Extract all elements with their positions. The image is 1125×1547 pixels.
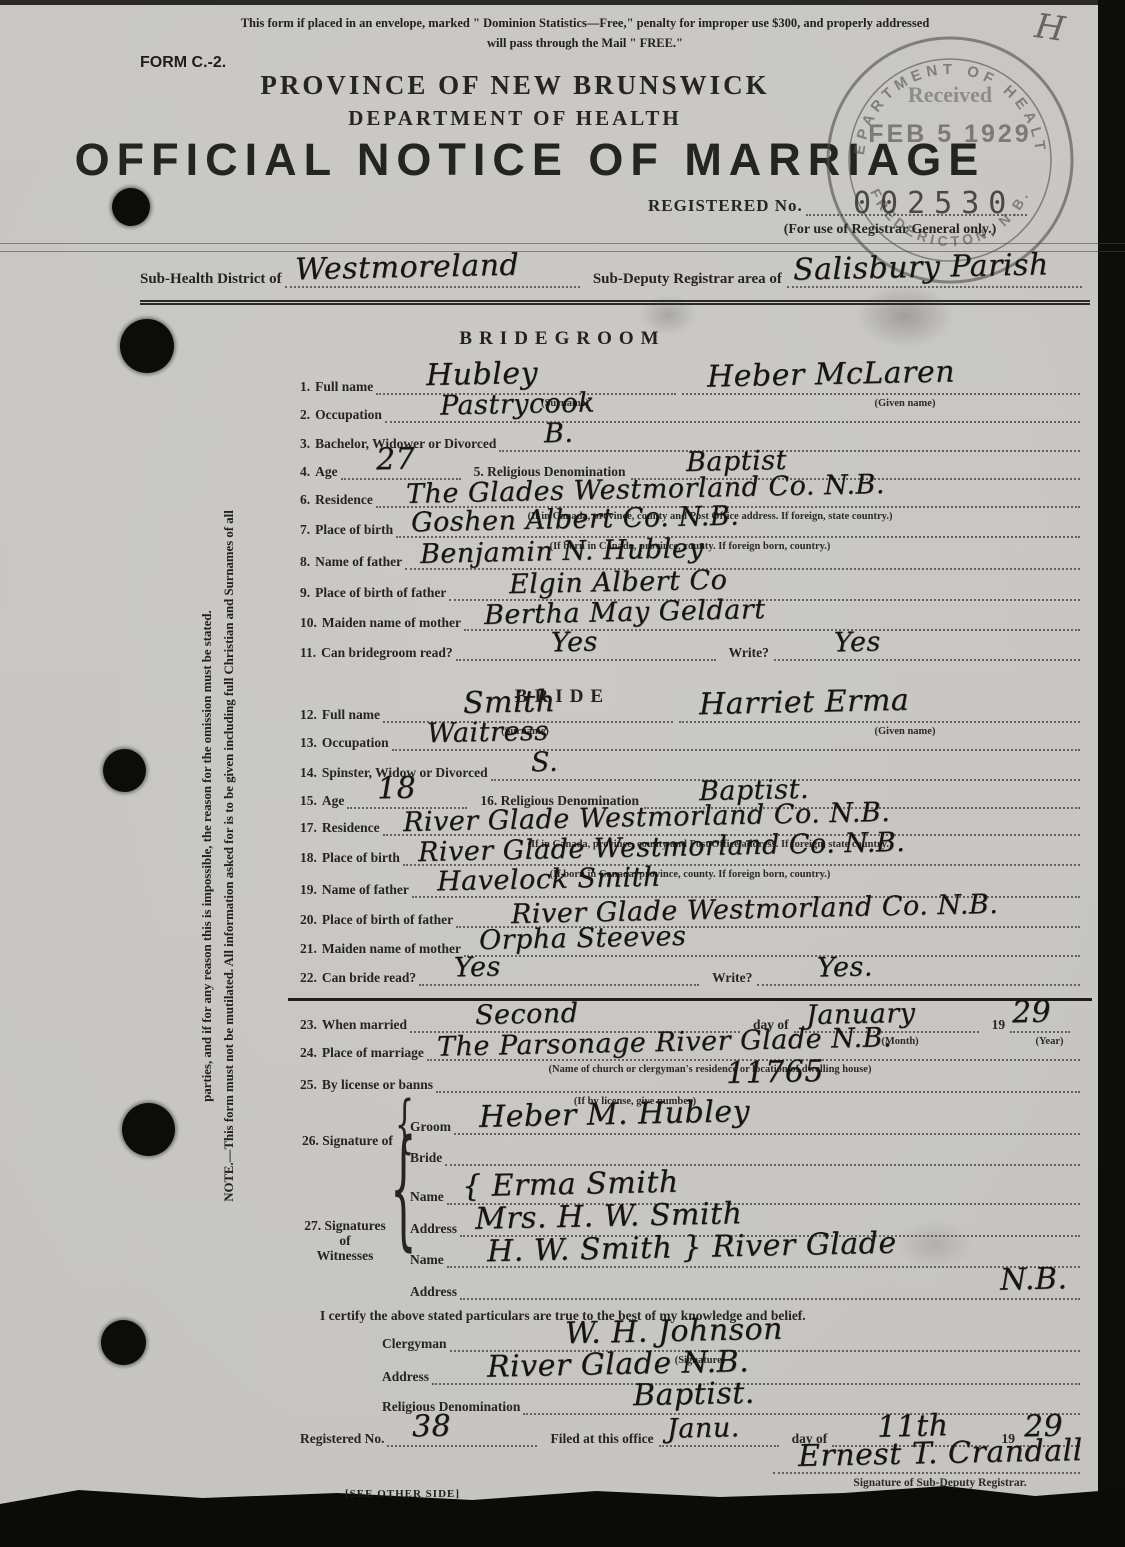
- field-number: 20.: [300, 912, 317, 928]
- section-divider: [288, 998, 1092, 1001]
- stamp-received-text: Received: [908, 82, 992, 107]
- stamp-arc-top: DEPARTMENT OF HEALTH: [851, 61, 1049, 164]
- field-number: 18.: [300, 850, 317, 866]
- bride-occupation-line: Waitress: [392, 746, 1080, 751]
- field-number: 12.: [300, 707, 317, 723]
- year-value: 29: [1012, 995, 1052, 1031]
- groom-write-label: Write?: [729, 645, 769, 661]
- groom-age-label: Age: [315, 464, 338, 480]
- groom-surname-value: Hubley: [426, 356, 539, 393]
- field-number: 2.: [300, 407, 310, 423]
- witness-name1-label: Name: [410, 1189, 444, 1205]
- field-number: 15.: [300, 793, 317, 809]
- filed-at-office-label: Filed at this office: [550, 1431, 653, 1447]
- groom-residence-label: Residence: [315, 492, 373, 508]
- witness-address2-value: N.B.: [1000, 1261, 1068, 1297]
- witness-address2-label: Address: [410, 1284, 457, 1300]
- bride-age-label: Age: [322, 793, 345, 809]
- witness-address2-line: N.B.: [460, 1295, 1080, 1300]
- license-line: 11765: [436, 1088, 1080, 1093]
- sub-health-district-label: Sub-Health District of: [140, 271, 282, 288]
- groom-can-read-label: Can bridegroom read?: [321, 645, 453, 661]
- punch-hole: [103, 749, 146, 792]
- filing-registered-label: Registered No.: [300, 1431, 384, 1447]
- hairline: [0, 243, 1125, 244]
- punch-hole: [122, 1103, 175, 1156]
- registered-no-label: REGISTERED No.: [648, 196, 803, 216]
- field-number: 9.: [300, 585, 310, 601]
- field-number: 24.: [300, 1045, 317, 1061]
- bride-status-value: S.: [530, 747, 558, 779]
- groom-mother-label: Maiden name of mother: [322, 615, 461, 631]
- scanned-marriage-form: parties, and if for any reason this is i…: [0, 0, 1125, 1547]
- groom-read-value: Yes: [550, 627, 597, 659]
- registrar-signature-value: Ernest T. Crandall: [798, 1433, 1083, 1474]
- cert-religion-label: Religious Denomination: [382, 1399, 520, 1415]
- scan-edge-right: [1098, 0, 1125, 1547]
- margin-note-line2: parties, and if for any reason this is i…: [196, 300, 218, 1412]
- section-divider: [140, 300, 1090, 302]
- bride-given-value: Harriet Erma: [699, 683, 910, 722]
- svg-text:DEPARTMENT OF HEALTH: DEPARTMENT OF HEALTH: [851, 61, 1049, 164]
- groom-occupation-value: Pastrycook: [440, 387, 596, 421]
- year-prefix: 19: [992, 1017, 1006, 1033]
- filed-value: Janu.: [666, 1412, 739, 1445]
- groom-full-name-label: Full name: [315, 379, 373, 395]
- margin-note-line1: NOTE.—This form must not be mutilated. A…: [218, 300, 240, 1412]
- bride-mother-line: Orpha Steeves: [464, 952, 1080, 957]
- groom-mother-value: Bertha May Geldart: [484, 594, 766, 631]
- clergyman-label: Clergyman: [382, 1336, 447, 1352]
- witnesses-label: 27. Signatures of Witnesses: [302, 1218, 388, 1263]
- bride-mother-label: Maiden name of mother: [322, 941, 461, 957]
- punch-hole: [101, 1320, 146, 1365]
- sub-deputy-area-line: Salisbury Parish: [787, 283, 1082, 288]
- bride-father-birthplace-label: Place of birth of father: [322, 912, 453, 928]
- bride-mother-value: Orpha Steeves: [479, 921, 687, 956]
- signature-of-label: 26. Signature of: [302, 1133, 393, 1149]
- clergyman-address-line: River Glade N.B.: [432, 1380, 1080, 1385]
- groom-write-value: Yes: [834, 627, 881, 659]
- field-number: 17.: [300, 820, 317, 836]
- groom-father-birthplace-label: Place of birth of father: [315, 585, 446, 601]
- sub-deputy-area-label: Sub-Deputy Registrar area of: [593, 271, 782, 288]
- scan-edge-bottom: [0, 1482, 1125, 1547]
- bride-residence-label: Residence: [322, 820, 380, 836]
- groom-occupation-label: Occupation: [315, 407, 382, 423]
- bride-write-label: Write?: [712, 970, 752, 986]
- field-number: 19.: [300, 882, 317, 898]
- sub-deputy-area-value: Salisbury Parish: [793, 247, 1049, 287]
- field-number: 14.: [300, 765, 317, 781]
- year-line: 29: [1010, 1028, 1070, 1033]
- sub-health-district-line: Westmoreland: [285, 283, 580, 288]
- when-married-day-value: Second: [475, 998, 579, 1031]
- field-number: 3.: [300, 436, 310, 452]
- witness-name2-line: H. W. Smith } River Glade: [447, 1263, 1080, 1268]
- stamp-date: FEB 5 1929: [868, 120, 1031, 148]
- field-number: 1.: [300, 379, 310, 395]
- groom-write-line: Yes: [774, 656, 1080, 661]
- field-number: 8.: [300, 554, 310, 570]
- bride-full-name-label: Full name: [322, 707, 380, 723]
- bride-occupation-label: Occupation: [322, 735, 389, 751]
- scan-edge-top: [0, 0, 1125, 5]
- bride-birthplace-label: Place of birth: [322, 850, 400, 866]
- field-number: 7.: [300, 522, 310, 538]
- license-or-banns-label: By license or banns: [322, 1077, 433, 1093]
- field-number: 11.: [300, 645, 316, 661]
- registrar-general-note: (For use of Registrar General only.): [740, 222, 1040, 238]
- license-number-value: 11765: [726, 1054, 825, 1091]
- bride-age-value: 18: [377, 771, 417, 807]
- groom-birthplace-label: Place of birth: [315, 522, 393, 538]
- groom-given-line: Heber McLaren: [682, 390, 1080, 395]
- field-number: 13.: [300, 735, 317, 751]
- groom-read-line: Yes: [456, 656, 716, 661]
- field-number: 21.: [300, 941, 317, 957]
- groom-father-line: Benjamin N. Hubley: [405, 565, 1080, 570]
- groom-status-line: B.: [499, 447, 1080, 452]
- place-of-marriage-label: Place of marriage: [322, 1045, 424, 1061]
- registrar-signature-caption: Signature of Sub-Deputy Registrar.: [790, 1477, 1090, 1489]
- field-number: 23.: [300, 1017, 317, 1033]
- filed-line: Janu.: [659, 1442, 779, 1447]
- bridegroom-heading: BRIDEGROOM: [0, 328, 1125, 350]
- sub-health-district-value: Westmoreland: [294, 248, 519, 288]
- witness-name2-label: Name: [410, 1252, 444, 1268]
- margin-note: parties, and if for any reason this is i…: [196, 300, 242, 1412]
- field-number: 6.: [300, 492, 310, 508]
- clergyman-address-label: Address: [382, 1369, 429, 1385]
- groom-father-value: Benjamin N. Hubley: [420, 533, 705, 570]
- groom-occupation-line: Pastrycook: [385, 418, 1080, 423]
- witness-name2-value: H. W. Smith } River Glade: [486, 1226, 896, 1270]
- registered-no-value: 002530: [853, 186, 1015, 221]
- bride-can-read-label: Can bride read?: [322, 970, 416, 986]
- filing-registered-value: 38: [412, 1409, 452, 1445]
- punch-hole: [112, 188, 150, 226]
- bride-father-value: Havelock Smith: [437, 862, 661, 898]
- cert-religion-value: Baptist.: [633, 1376, 755, 1414]
- bride-read-value: Yes: [454, 952, 501, 984]
- field-number: 10.: [300, 615, 317, 631]
- groom-given-value: Heber McLaren: [707, 354, 956, 394]
- groom-signature-line: Heber M. Hubley: [454, 1130, 1080, 1135]
- witness-address1-label: Address: [410, 1221, 457, 1237]
- bride-occupation-value: Waitress: [426, 716, 548, 750]
- bride-father-label: Name of father: [322, 882, 409, 898]
- groom-status-value: B.: [544, 418, 574, 450]
- bride-given-line: Harriet Erma: [679, 718, 1080, 723]
- bride-read-line: Yes: [419, 981, 699, 986]
- see-other-side: [SEE OTHER SIDE]: [345, 1488, 460, 1500]
- bride-write-line: Yes.: [757, 981, 1080, 986]
- field-number: 25.: [300, 1077, 317, 1093]
- groom-signature-value: Heber M. Hubley: [479, 1094, 751, 1135]
- groom-age-value: 27: [375, 442, 415, 478]
- bride-write-value: Yes.: [817, 951, 874, 983]
- field-number: 4.: [300, 464, 310, 480]
- when-married-label: When married: [322, 1017, 407, 1033]
- groom-father-label: Name of father: [315, 554, 402, 570]
- cert-religion-line: Baptist.: [523, 1410, 1080, 1415]
- registrar-signature-line: Ernest T. Crandall: [773, 1469, 1080, 1474]
- field-number: 22.: [300, 970, 317, 986]
- bride-signature-line: [445, 1161, 1080, 1166]
- filing-registered-line: 38: [387, 1442, 537, 1447]
